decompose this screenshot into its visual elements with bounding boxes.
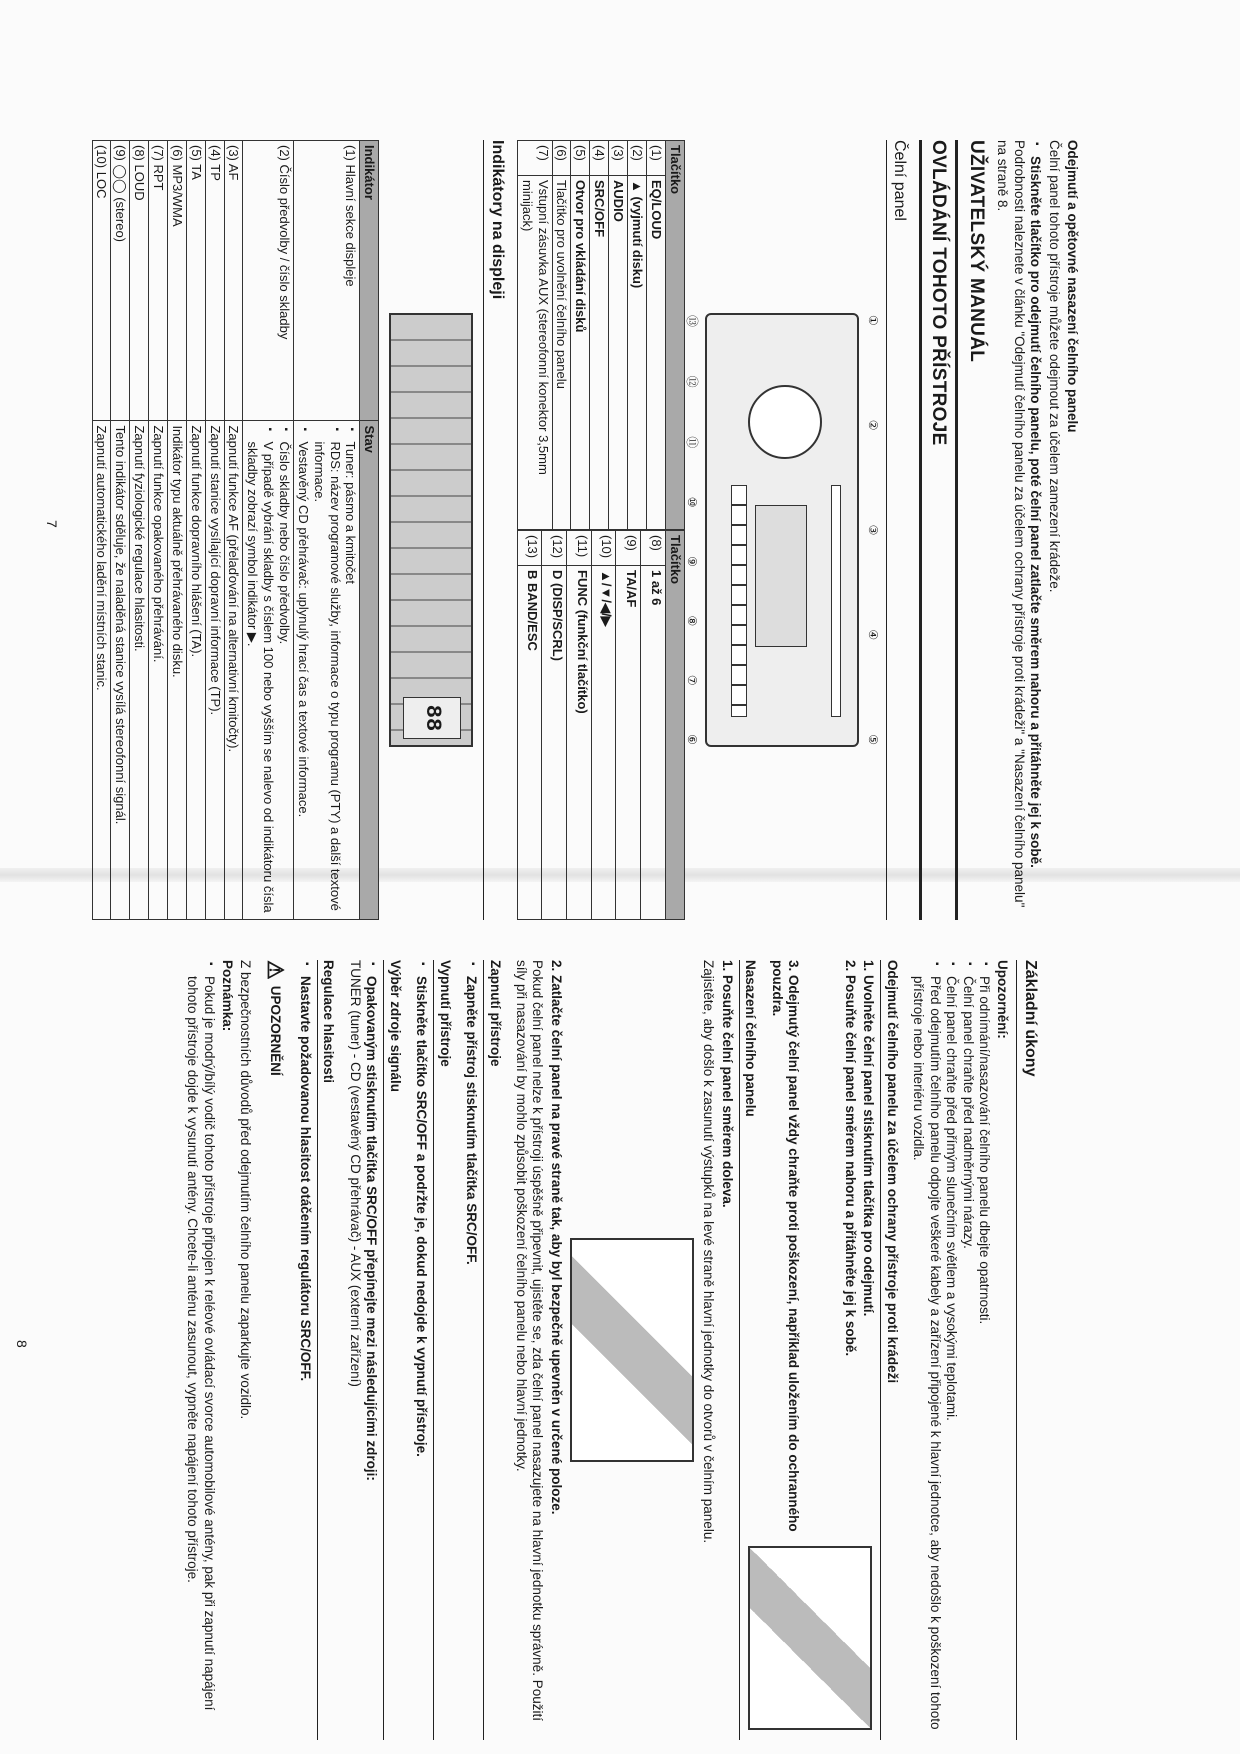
button-number: (13) bbox=[517, 531, 542, 566]
attach-step-2-text: Pokud čelní panel nelze k přístroji úspě… bbox=[513, 960, 546, 1740]
indicator-state: Tento indikátor sděluje, že naladěná sta… bbox=[111, 421, 130, 920]
indicators-heading: Indikátory na displeji bbox=[483, 140, 507, 920]
callout-number: ⑪ bbox=[685, 436, 700, 448]
button-number: (6) bbox=[552, 141, 571, 176]
callout-number: ⑩ bbox=[685, 497, 700, 508]
buttons-table-left: Tlačítko (1)EQ/LOUD(2)▲ (vyjmutí disku)(… bbox=[517, 140, 685, 530]
attach-step-1: 1. Posuňte čelní panel směrem doleva. bbox=[718, 960, 734, 1740]
table-row: (8)1 až 6 bbox=[641, 531, 666, 920]
table-row: (2)▲ (vyjmutí disku) bbox=[627, 141, 646, 530]
track-number-digits: 88 bbox=[403, 697, 461, 739]
power-off-heading: Vypnutí přístroje bbox=[433, 960, 456, 1740]
indicator-state: Indikátor typu aktuálně přehrávaného dis… bbox=[167, 421, 186, 920]
source-bullet: Opakovaným stisknutím tlačítka SRC/OFF p… bbox=[363, 960, 379, 1740]
callout-number: ③ bbox=[865, 525, 880, 536]
volume-bullet: Nastavte požadovanou hlasitost otáčením … bbox=[296, 960, 312, 1740]
table-row: (5)Otvor pro vkládání disků bbox=[571, 141, 590, 530]
button-label: ▲ (vyjmutí disku) bbox=[627, 176, 646, 530]
state-header: Stav bbox=[360, 421, 379, 920]
indicator-name: (3) AF bbox=[224, 141, 243, 421]
indicator-name: (5) TA bbox=[186, 141, 205, 421]
front-panel-illustration bbox=[705, 313, 859, 747]
indicator-table: Indikátor Stav (1) Hlavní sekce displeje… bbox=[92, 140, 380, 920]
panel-removal-figure bbox=[748, 1546, 872, 1730]
indicator-state: Zapnutí stanice vysílající dopravní info… bbox=[205, 421, 224, 920]
indicator-state: Zapnutí funkce dopravního hlášení (TA). bbox=[186, 421, 205, 920]
disc-slot bbox=[831, 485, 841, 717]
note-label: Poznámka: bbox=[219, 960, 235, 1740]
callout-number: ② bbox=[865, 420, 880, 431]
callout-number: ⑨ bbox=[685, 556, 700, 567]
callout-number: ⑬ bbox=[685, 315, 700, 327]
source-heading: Výběr zdroje signálu bbox=[383, 960, 406, 1740]
page-number: 7 bbox=[43, 520, 60, 528]
caution-list: Při odnímání/nasazování čelního panelu d… bbox=[910, 960, 992, 1740]
button-number: (9) bbox=[616, 531, 641, 566]
power-on-heading: Zapnutí přístroje bbox=[483, 960, 506, 1740]
button-label: B BAND/ESC bbox=[517, 566, 542, 920]
indicator-name: (10) LOC bbox=[92, 141, 111, 421]
table-row: (2) Číslo předvolby / číslo skladbyČíslo… bbox=[243, 141, 294, 920]
button-label: Tlačítko pro uvolnění čelního panelu bbox=[552, 176, 571, 530]
button-number: (3) bbox=[609, 141, 628, 176]
page-7: Odejmutí a opětovné nasazení čelního pan… bbox=[20, 140, 1080, 920]
button-label: TA/AF bbox=[616, 566, 641, 920]
button-number: (11) bbox=[567, 531, 592, 566]
manual-title: UŽIVATELSKÝ MANUÁL bbox=[964, 140, 987, 920]
button-number: (1) bbox=[646, 141, 665, 176]
attach-step-2: 2. Zatlačte čelní panel na pravé straně … bbox=[547, 960, 563, 1740]
button-label: AUDIO bbox=[609, 176, 628, 530]
table-row: (8) LOUDZapnutí fyziologické regulace hl… bbox=[130, 141, 149, 920]
indicator-state: Číslo skladby nebo číslo předvolby.V pří… bbox=[243, 421, 294, 920]
removal-text: Čelní panel tohoto přístroje můžete odej… bbox=[1045, 140, 1061, 920]
removal-bullet: Stiskněte tlačítko pro odejmutí čelního … bbox=[1027, 140, 1043, 920]
callout-number: ⑥ bbox=[685, 734, 700, 745]
section-title: OVLÁDÁNÍ TOHOTO PŘÍSTROJE bbox=[919, 140, 958, 920]
button-label: EQ/LOUD bbox=[646, 176, 665, 530]
button-label: 1 až 6 bbox=[641, 566, 666, 920]
volume-knob bbox=[748, 385, 822, 459]
power-on-bullet: Zapněte přístroj stisknutím tlačítka SRC… bbox=[463, 960, 479, 1740]
button-label: D (DISP/SCRL) bbox=[542, 566, 567, 920]
indicator-name: (9) ◯◯ (stereo) bbox=[111, 141, 130, 421]
callout-number: ⑦ bbox=[685, 675, 700, 686]
table-row: (9) ◯◯ (stereo)Tento indikátor sděluje, … bbox=[111, 141, 130, 920]
table-row: (5) TAZapnutí funkce dopravního hlášení … bbox=[186, 141, 205, 920]
indicator-state: Zapnutí automatického ladění místních st… bbox=[92, 421, 111, 920]
indicator-name: (6) MP3/WMA bbox=[167, 141, 186, 421]
power-off-bullet: Stiskněte tlačítko SRC/OFF a podržte je,… bbox=[413, 960, 429, 1740]
table-row: (1) Hlavní sekce displejeTuner: pásmo a … bbox=[294, 141, 360, 920]
button-number: (12) bbox=[542, 531, 567, 566]
button-label: Vstupní zásuvka AUX (stereofonní konekto… bbox=[517, 176, 552, 530]
warning-triangle-icon: ⚠ bbox=[261, 960, 288, 980]
table-row: (6)Tlačítko pro uvolnění čelního panelu bbox=[552, 141, 571, 530]
page-number: 8 bbox=[13, 1340, 30, 1348]
button-number: (4) bbox=[590, 141, 609, 176]
table-row: (7)Vstupní zásuvka AUX (stereofonní kone… bbox=[517, 141, 552, 530]
warning-label: UPOZORNĚNÍ bbox=[267, 986, 283, 1076]
indicator-name: (2) Číslo předvolby / číslo skladby bbox=[243, 141, 294, 421]
attach-step-1-text: Zajistěte, aby došlo k zasunutí výstupků… bbox=[700, 960, 716, 1740]
callout-number: ⑧ bbox=[685, 615, 700, 626]
button-number: (10) bbox=[591, 531, 616, 566]
button-label: SRC/OFF bbox=[590, 176, 609, 530]
table-row: (10)▲/▼/◀/▶ bbox=[591, 531, 616, 920]
buttons-header-left: Tlačítko bbox=[665, 141, 684, 530]
table-row: (12)D (DISP/SCRL) bbox=[542, 531, 567, 920]
caution-label: Upozornění: bbox=[994, 960, 1010, 1740]
table-row: (13)B BAND/ESC bbox=[517, 531, 542, 920]
table-row: (9)TA/AF bbox=[616, 531, 641, 920]
warning-text: Z bezpečnostních důvodů před odejmutím č… bbox=[237, 960, 253, 1740]
callout-number: ① bbox=[865, 315, 880, 326]
callout-number: ④ bbox=[865, 629, 880, 640]
button-number: (5) bbox=[571, 141, 590, 176]
front-panel-callouts-bottom: ⑬⑫⑪⑩⑨⑧⑦⑥ bbox=[685, 315, 700, 745]
indicator-name: (4) TP bbox=[205, 141, 224, 421]
caution-item: Čelní panel chraňte před přímým sluneční… bbox=[943, 960, 959, 1740]
front-panel-heading: Čelní panel bbox=[886, 140, 910, 920]
indicator-state: Zapnutí fyziologické regulace hlasitosti… bbox=[130, 421, 149, 920]
indicator-name: (1) Hlavní sekce displeje bbox=[294, 141, 360, 421]
callout-number: ⑫ bbox=[685, 376, 700, 388]
source-list: TUNER (tuner) - CD (vestavěný CD přehráv… bbox=[346, 960, 362, 1740]
lcd-display bbox=[755, 505, 807, 647]
theft-heading: Odejmutí čelního panelu za účelem ochran… bbox=[880, 960, 903, 1740]
table-row: (1)EQ/LOUD bbox=[646, 141, 665, 530]
button-number: (2) bbox=[627, 141, 646, 176]
indicator-state: Tuner: pásmo a kmitočetRDS: název progra… bbox=[294, 421, 360, 920]
buttons-table-right: Tlačítko (8)1 až 6(9)TA/AF(10)▲/▼/◀/▶(11… bbox=[517, 530, 685, 920]
table-row: (6) MP3/WMAIndikátor typu aktuálně přehr… bbox=[167, 141, 186, 920]
warning-box: ⚠ UPOZORNĚNÍ bbox=[261, 960, 288, 1740]
note-bullet: Pokud je modrý/bílý vodič tohoto přístro… bbox=[184, 960, 217, 1740]
indicator-name: (8) LOUD bbox=[130, 141, 149, 421]
button-label: ▲/▼/◀/▶ bbox=[591, 566, 616, 920]
button-number: (8) bbox=[641, 531, 666, 566]
buttons-header-right: Tlačítko bbox=[665, 531, 684, 920]
table-row: (4) TPZapnutí stanice vysílající dopravn… bbox=[205, 141, 224, 920]
indicator-header: Indikátor bbox=[360, 141, 379, 421]
callout-number: ⑤ bbox=[865, 734, 880, 745]
table-row: (11)FUNC (funkční tlačítko) bbox=[567, 531, 592, 920]
front-panel-callouts-top: ①②③④⑤ bbox=[865, 315, 880, 745]
display-illustration: 88 bbox=[389, 313, 473, 747]
table-row: (10) LOCZapnutí automatického ladění mís… bbox=[92, 141, 111, 920]
preset-buttons bbox=[731, 485, 747, 717]
caution-item: Čelní panel chraňte před nadměrnými nára… bbox=[959, 960, 975, 1740]
removal-reference: Podrobnosti naleznete v článku "Odejmutí… bbox=[994, 140, 1027, 920]
indicator-name: (7) RPT bbox=[149, 141, 168, 421]
table-row: (7) RPTZapnutí funkce opakovaného přehrá… bbox=[149, 141, 168, 920]
caution-item: Při odnímání/nasazování čelního panelu d… bbox=[976, 960, 992, 1740]
button-number: (7) bbox=[517, 141, 552, 176]
buttons-table: Tlačítko (1)EQ/LOUD(2)▲ (vyjmutí disku)(… bbox=[517, 140, 685, 920]
indicator-state: Zapnutí funkce opakovaného přehrávání. bbox=[149, 421, 168, 920]
button-label: Otvor pro vkládání disků bbox=[571, 176, 590, 530]
volume-heading: Regulace hlasitosti bbox=[317, 960, 340, 1740]
indicator-state: Zapnutí funkce AF (přelaďování na altern… bbox=[224, 421, 243, 920]
removal-heading: Odejmutí a opětovné nasazení čelního pan… bbox=[1064, 140, 1080, 920]
button-label: FUNC (funkční tlačítko) bbox=[567, 566, 592, 920]
panel-attach-figure bbox=[570, 1238, 694, 1462]
page-8: Základní úkony Upozornění: Při odnímání/… bbox=[0, 960, 1050, 1740]
table-row: (3)AUDIO bbox=[609, 141, 628, 530]
table-row: (4)SRC/OFF bbox=[590, 141, 609, 530]
caution-item: Před odejmutím čelního panelu odpojte ve… bbox=[910, 960, 943, 1740]
table-row: (3) AFZapnutí funkce AF (přelaďování na … bbox=[224, 141, 243, 920]
basic-ops-heading: Základní úkony bbox=[1016, 960, 1040, 1740]
